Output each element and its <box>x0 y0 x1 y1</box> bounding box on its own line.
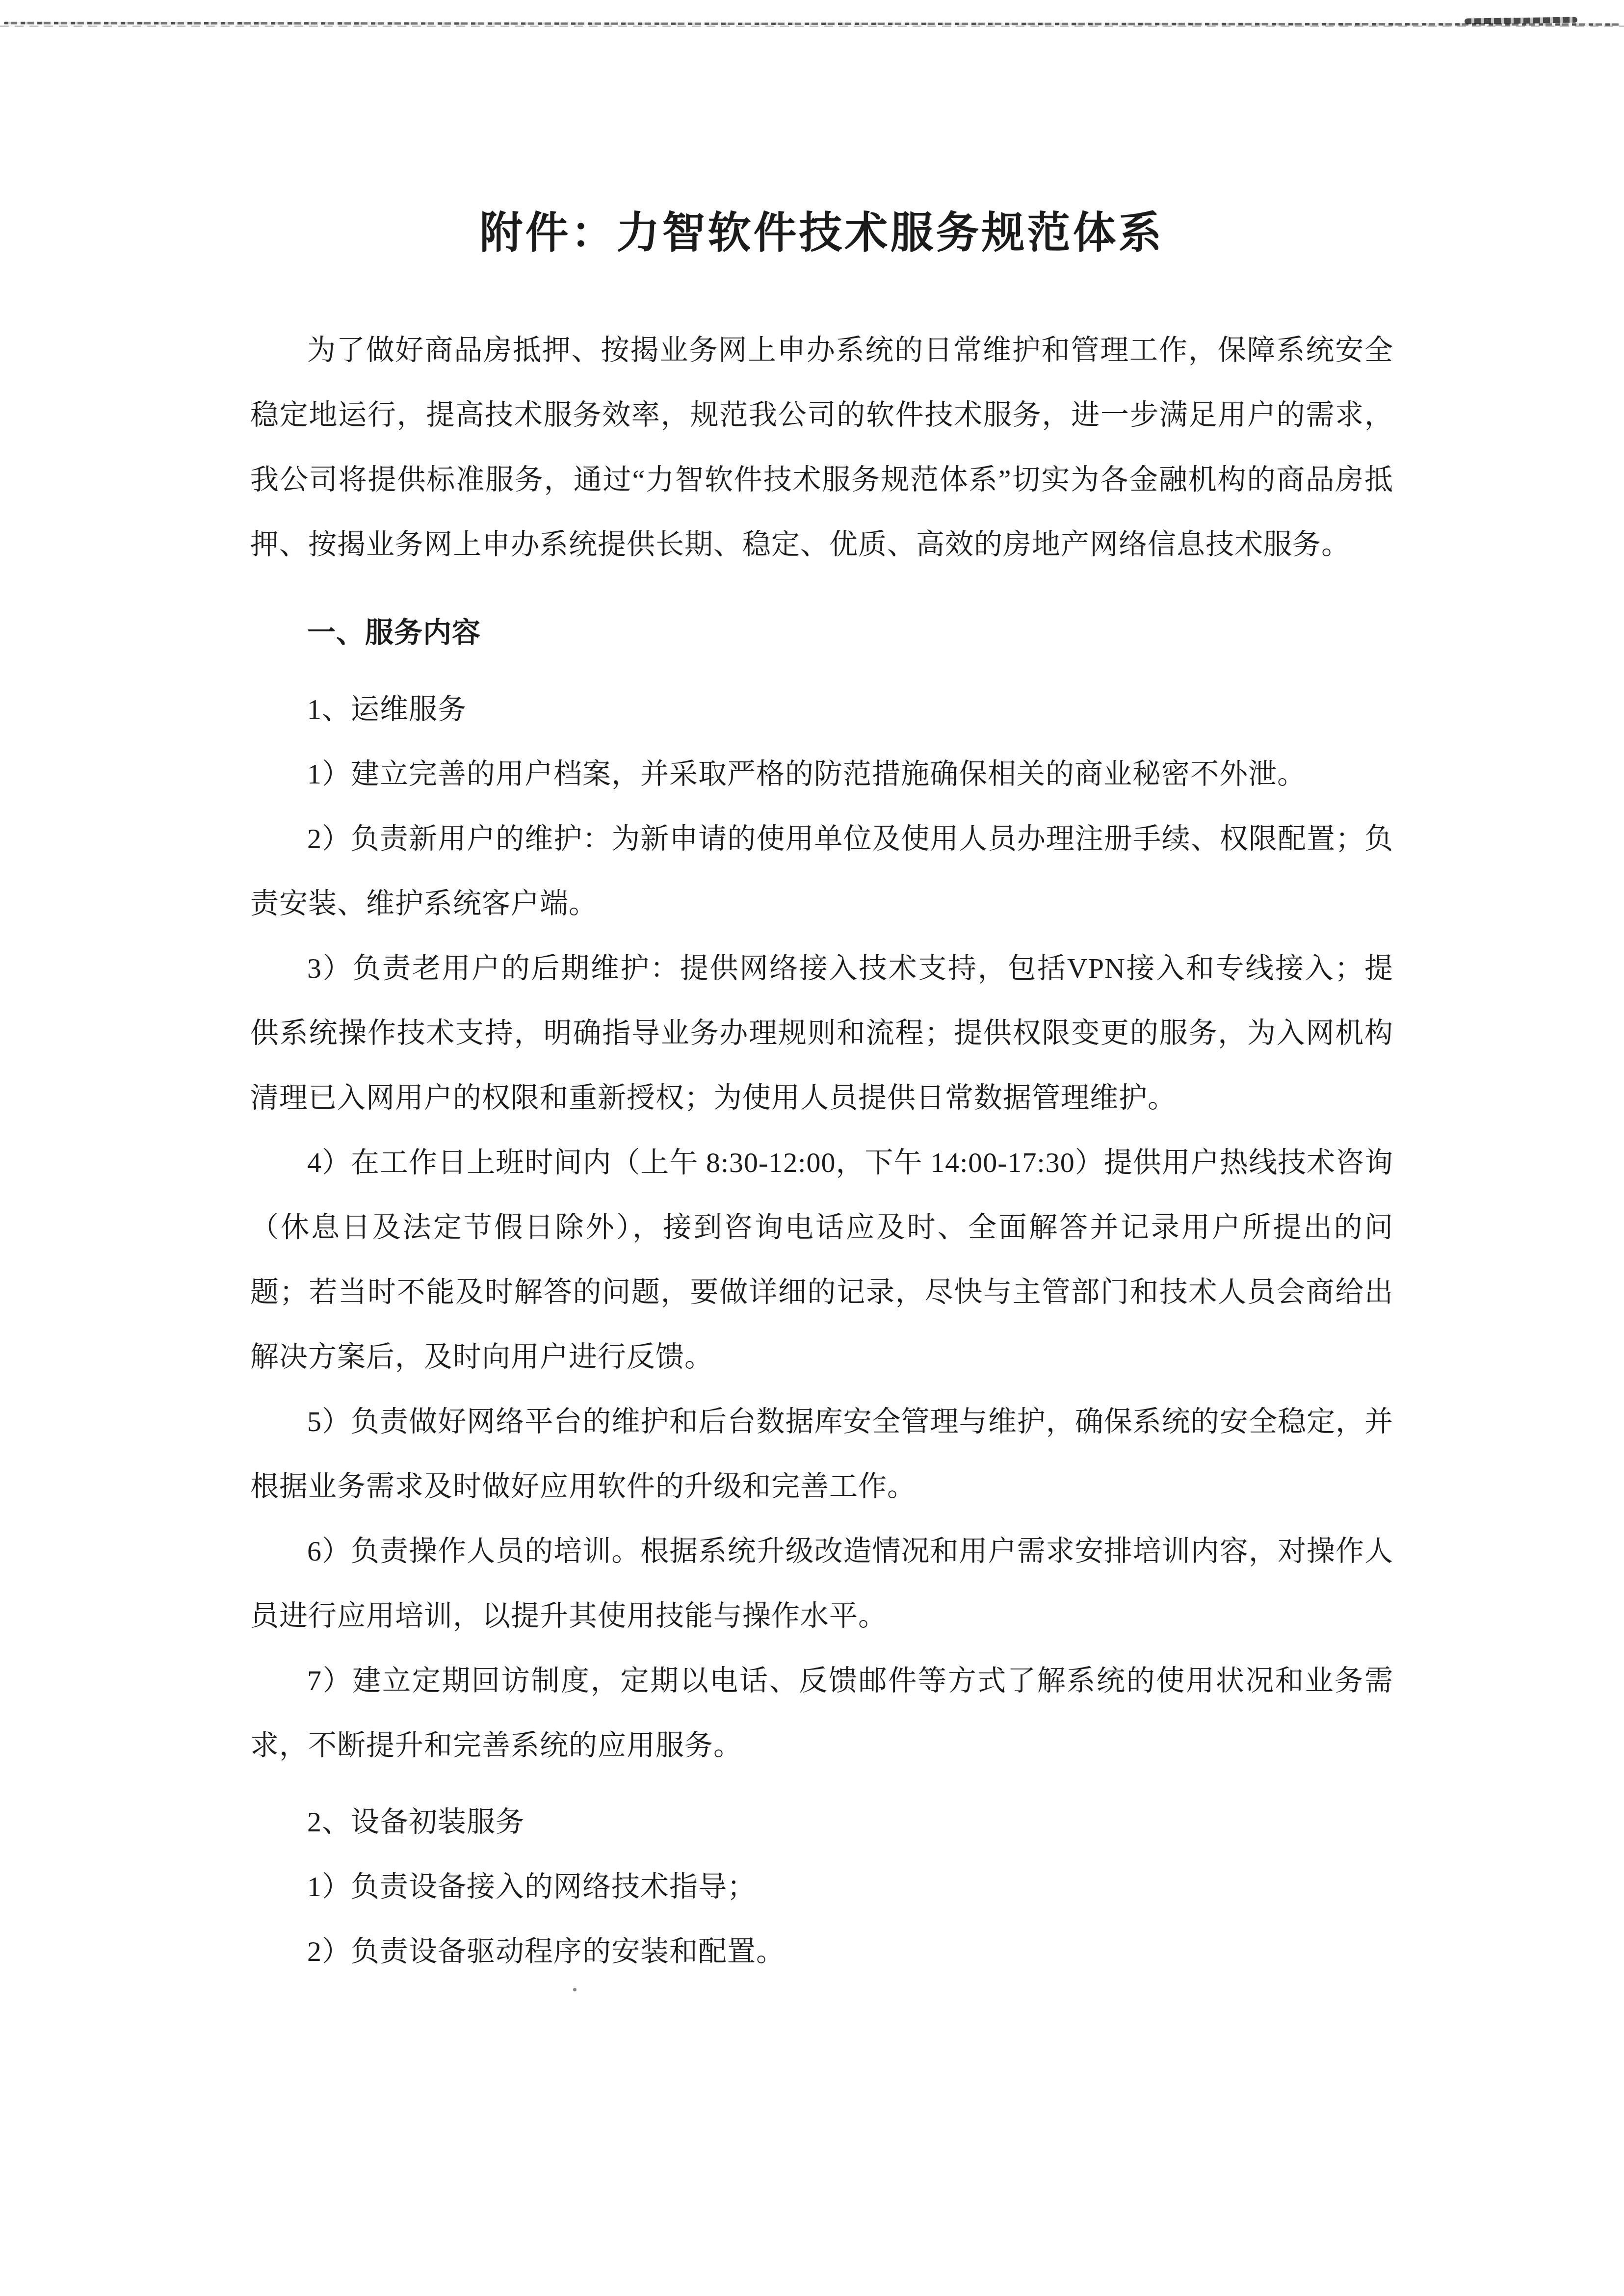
document-body: 为了做好商品房抵押、按揭业务网上申办系统的日常维护和管理工作，保障系统安全稳定地… <box>250 318 1393 1984</box>
ops-item-5: 5）负责做好网络平台的维护和后台数据库安全管理与维护，确保系统的安全稳定，并根据… <box>250 1389 1393 1519</box>
document-content: 附件：力智软件技术服务规范体系 为了做好商品房抵押、按揭业务网上申办系统的日常维… <box>250 0 1393 1984</box>
intro-paragraph: 为了做好商品房抵押、按揭业务网上申办系统的日常维护和管理工作，保障系统安全稳定地… <box>250 318 1393 577</box>
ops-item-4: 4）在工作日上班时间内（上午 8:30-12:00，下午 14:00-17:30… <box>250 1130 1393 1389</box>
subsection-heading-ops-service: 1、运维服务 <box>250 677 1393 742</box>
scan-speck <box>573 1988 576 1991</box>
document-title: 附件：力智软件技术服务规范体系 <box>250 206 1393 261</box>
subsection-heading-device-install-service: 2、设备初装服务 <box>250 1790 1393 1854</box>
ops-item-6: 6）负责操作人员的培训。根据系统升级改造情况和用户需求安排培训内容，对操作人员进… <box>250 1519 1393 1648</box>
section-heading-service-content: 一、服务内容 <box>250 600 1393 665</box>
ops-item-7: 7）建立定期回访制度，定期以电话、反馈邮件等方式了解系统的使用状况和业务需求，不… <box>250 1648 1393 1778</box>
ops-item-2: 2）负责新用户的维护：为新申请的使用单位及使用人员办理注册手续、权限配置；负责安… <box>250 807 1393 936</box>
ops-item-3: 3）负责老用户的后期维护：提供网络接入技术支持，包括VPN接入和专线接入；提供系… <box>250 936 1393 1130</box>
scanned-document-page: 附件：力智软件技术服务规范体系 为了做好商品房抵押、按揭业务网上申办系统的日常维… <box>0 0 1624 2296</box>
ops-item-1: 1）建立完善的用户档案，并采取严格的防范措施确保相关的商业秘密不外泄。 <box>250 742 1393 807</box>
install-item-2: 2）负责设备驱动程序的安装和配置。 <box>250 1919 1393 1984</box>
install-item-1: 1）负责设备接入的网络技术指导； <box>250 1854 1393 1919</box>
